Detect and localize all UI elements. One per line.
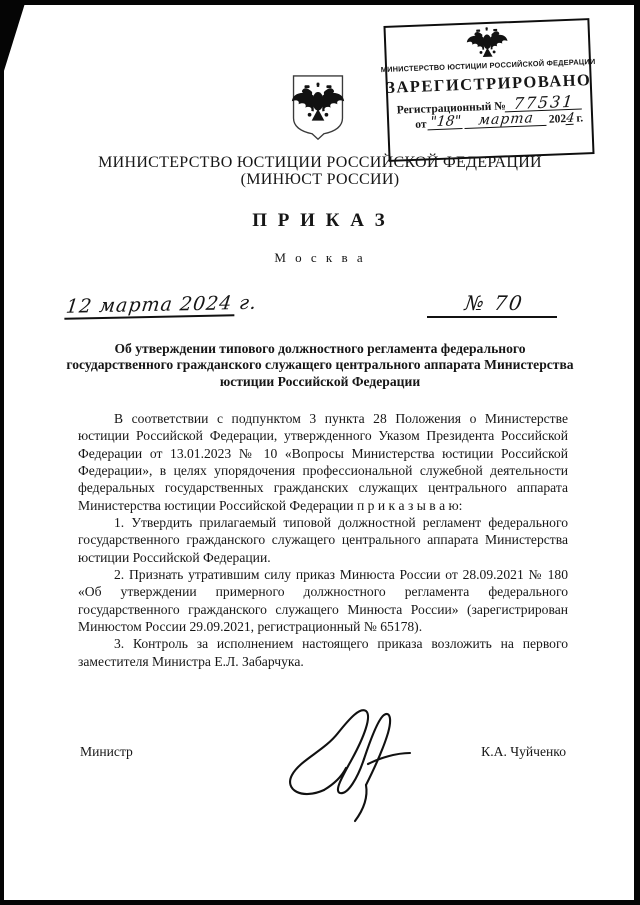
order-number-handwritten: № 70 [463, 291, 525, 315]
order-number-field: № 70 [427, 280, 557, 318]
ministry-short-name: (МИНЮСТ РОССИИ) [0, 171, 640, 188]
scan-frame-top [0, 0, 640, 5]
stamp-date-year: 202 [549, 113, 567, 126]
scan-frame-right [634, 0, 640, 905]
stamp-date-from-label: от [415, 118, 427, 130]
stamp-date-day: "18" [428, 115, 464, 130]
stamp-coat-of-arms-icon [466, 26, 509, 60]
scanned-order-document: МИНИСТЕРСТВО ЮСТИЦИИ РОССИЙСКОЙ ФЕДЕРАЦИ… [0, 0, 640, 905]
registration-stamp: МИНИСТЕРСТВО ЮСТИЦИИ РОССИЙСКОЙ ФЕДЕРАЦИ… [383, 18, 594, 162]
scan-frame-left [0, 0, 4, 905]
paragraph-item-1: 1. Утвердить прилагаемый типовой должнос… [78, 514, 568, 566]
handwritten-signature-icon [278, 702, 418, 824]
paragraph-preamble: В соответствии с подпунктом 3 пункта 28 … [78, 410, 568, 514]
order-body: В соответствии с подпунктом 3 пункта 28 … [78, 410, 568, 670]
paragraph-item-3: 3. Контроль за исполнением настоящего пр… [78, 635, 568, 670]
order-date-field: 12 марта 2024 г. [64, 278, 235, 320]
signer-name: К.А. Чуйченко [481, 744, 566, 760]
scan-corner-artifact [0, 0, 26, 72]
ministry-heading: МИНИСТЕРСТВО ЮСТИЦИИ РОССИЙСКОЙ ФЕДЕРАЦИ… [0, 154, 640, 188]
order-title: Об утверждении типового должностного рег… [0, 341, 640, 390]
signer-position-label: Министр [80, 744, 133, 760]
order-title-text: Об утверждении типового должностного рег… [66, 341, 574, 390]
coat-of-arms-shield-icon [291, 74, 345, 142]
document-type-heading: П Р И К А З [0, 210, 640, 232]
paragraph-item-2: 2. Признать утратившим силу приказ Минюс… [78, 566, 568, 635]
stamp-date-year-hand: 4 [565, 113, 574, 125]
stamp-reg-number-value: 77531 [505, 94, 583, 112]
ministry-name: МИНИСТЕРСТВО ЮСТИЦИИ РОССИЙСКОЙ ФЕДЕРАЦИ… [0, 154, 640, 171]
stamp-date-month: марта [464, 112, 547, 129]
scan-frame-bottom [0, 900, 640, 905]
city-label: М о с к в а [0, 250, 640, 266]
stamp-date-year-suffix: г. [576, 112, 583, 124]
order-date-handwritten: 12 марта 2024 г. [65, 292, 258, 318]
